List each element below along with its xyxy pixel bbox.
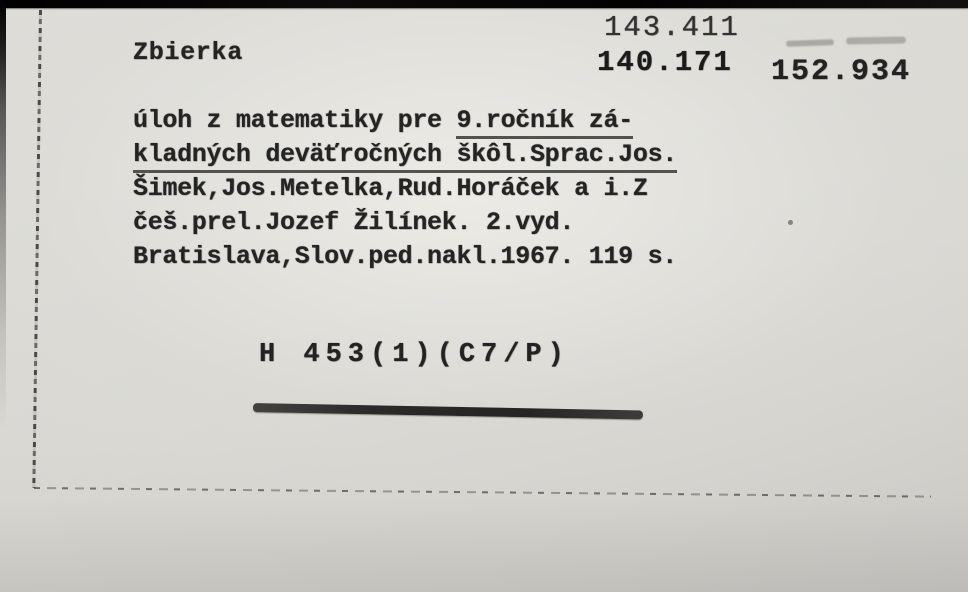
ink-speck xyxy=(788,220,793,225)
scan-top-edge xyxy=(0,0,968,8)
entry-line-3: Šimek,Jos.Metelka,Rud.Horáček a i.Z xyxy=(133,172,677,206)
scan-left-edge xyxy=(0,0,6,430)
entry-line-5: Bratislava,Slov.ped.nakl.1967. 119 s. xyxy=(133,240,677,274)
accession-number-1: 143.411 xyxy=(604,11,740,44)
smudge-mark xyxy=(786,39,834,47)
accession-number-3: 152.934 xyxy=(771,55,911,89)
entry-line-2-underlined: kladných deväťročných škôl.Sprac.Jos. xyxy=(133,140,677,173)
entry-line-1-plain: úloh z matematiky pre xyxy=(133,106,456,135)
entry-line-1-underlined: 9.ročník zá- xyxy=(456,106,632,139)
call-number-underline-rule xyxy=(253,403,643,419)
entry-line-2: kladných deväťročných škôl.Sprac.Jos. xyxy=(133,138,677,172)
accession-number-2: 140.171 xyxy=(597,46,733,79)
card-frame-vertical-rule xyxy=(32,10,42,488)
bibliographic-entry: úloh z matematiky pre 9.ročník zá- kladn… xyxy=(133,104,677,274)
entry-line-1: úloh z matematiky pre 9.ročník zá- xyxy=(133,104,677,138)
call-number: H 453(1)(C7/P) xyxy=(259,340,570,370)
card-frame-bottom-rule xyxy=(34,487,931,498)
scan-bottom-shading xyxy=(0,498,968,592)
title-word: Zbierka xyxy=(133,38,243,67)
catalog-card-scan: Zbierka 143.411 140.171 152.934 úloh z m… xyxy=(0,0,968,592)
smudge-mark xyxy=(846,36,906,44)
entry-line-4: češ.prel.Jozef Žilínek. 2.vyd. xyxy=(133,206,677,240)
